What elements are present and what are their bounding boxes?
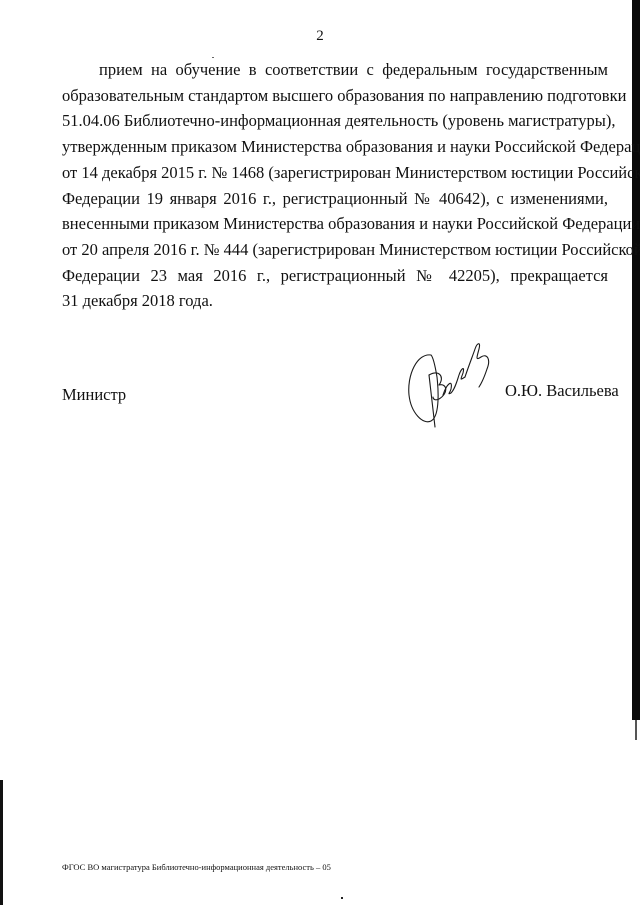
paragraph-line: внесенными приказом Министерства образов… (62, 211, 608, 237)
paragraph-line: 51.04.06 Библиотечно-информационная деят… (62, 108, 608, 134)
scan-edge-shadow-left (0, 780, 3, 905)
document-footer: ФГОС ВО магистратура Библиотечно-информа… (62, 862, 331, 872)
scan-edge-shadow-right (632, 0, 640, 720)
paragraph-line: утвержденным приказом Министерства образ… (62, 134, 608, 160)
signatory-title: Министр (62, 385, 126, 405)
paragraph-line: прием на обучение в соответствии с федер… (62, 57, 608, 83)
paragraph-line: от 20 апреля 2016 г. № 444 (зарегистриро… (62, 237, 608, 263)
page-number: 2 (0, 28, 640, 45)
signatory-name: О.Ю. Васильева (505, 381, 619, 401)
scan-edge-shadow-right-tail (635, 720, 637, 740)
paragraph-line: Федерации 19 января 2016 г., регистрацио… (62, 186, 608, 212)
paragraph-line: образовательным стандартом высшего образ… (62, 83, 608, 109)
scan-dot (341, 897, 343, 899)
paragraph-line: Федерации 23 мая 2016 г., регистрационны… (62, 263, 608, 289)
body-paragraph: прием на обучение в соответствии с федер… (62, 57, 608, 314)
paragraph-line: от 14 декабря 2015 г. № 1468 (зарегистри… (62, 160, 608, 186)
paragraph-line: 31 декабря 2018 года. (62, 288, 608, 314)
handwritten-signature-icon (395, 335, 505, 430)
